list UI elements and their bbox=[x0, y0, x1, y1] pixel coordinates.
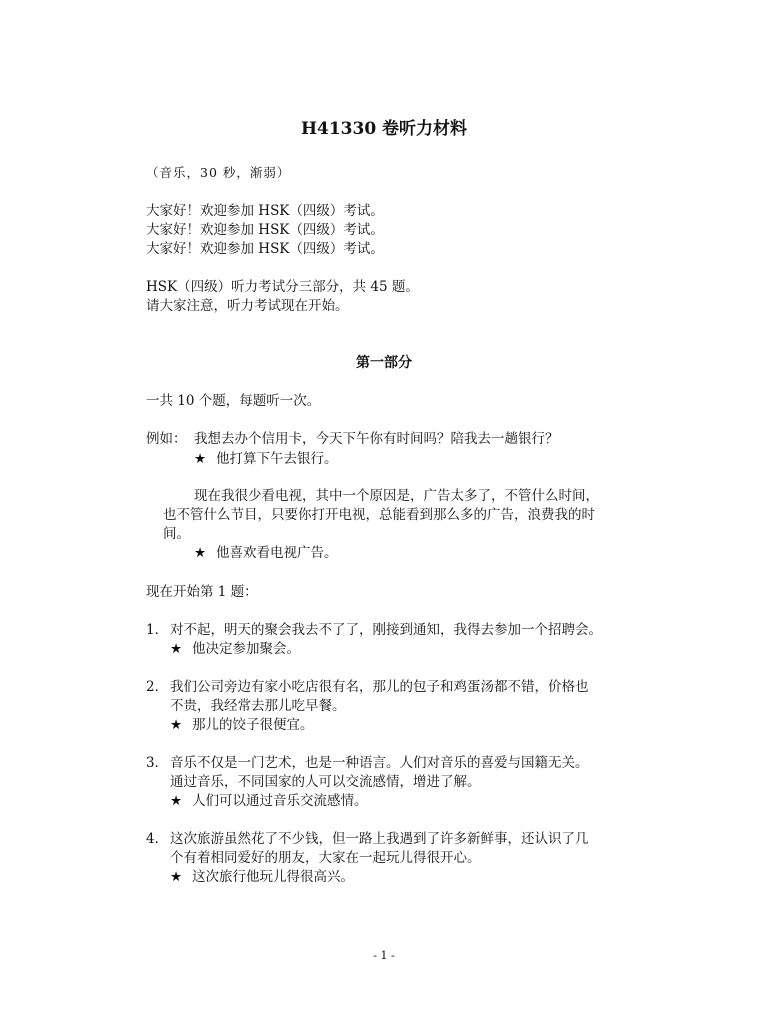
start-line: 现在开始第 1 题： bbox=[146, 582, 258, 602]
star-icon: ★ bbox=[194, 543, 216, 563]
document-title: H41330 卷听力材料 bbox=[0, 119, 768, 139]
question-answer: ★他决定参加聚会。 bbox=[170, 639, 300, 659]
greeting-line: 大家好！欢迎参加 HSK（四级）考试。 bbox=[146, 239, 384, 259]
section-instruction: 一共 10 个题，每题听一次。 bbox=[146, 391, 320, 411]
example2-answer: ★他喜欢看电视广告。 bbox=[194, 543, 338, 563]
intro-line: HSK（四级）听力考试分三部分，共 45 题。 bbox=[146, 277, 419, 297]
answer-text: 这次旅行他玩儿得很高兴。 bbox=[192, 869, 354, 885]
star-icon: ★ bbox=[194, 449, 216, 469]
example-answer: ★他打算下午去银行。 bbox=[194, 449, 338, 469]
question-text: 这次旅游虽然花了不少钱，但一路上我遇到了许多新鲜事，还认识了几 bbox=[170, 829, 589, 849]
answer-text: 人们可以通过音乐交流感情。 bbox=[192, 793, 368, 809]
greeting-line: 大家好！欢迎参加 HSK（四级）考试。 bbox=[146, 220, 384, 240]
example2-line: 现在我很少看电视，其中一个原因是，广告太多了，不管什么时间， bbox=[194, 486, 599, 506]
example2-line: 间。 bbox=[163, 524, 190, 544]
answer-text: 他打算下午去银行。 bbox=[216, 451, 338, 467]
question-answer: ★那儿的饺子很便宜。 bbox=[170, 715, 314, 735]
question-answer: ★人们可以通过音乐交流感情。 bbox=[170, 791, 368, 811]
question-number: 3． bbox=[146, 753, 168, 773]
star-icon: ★ bbox=[170, 639, 192, 659]
example2-line: 也不管什么节目，只要你打开电视，总能看到那么多的广告，浪费我的时 bbox=[163, 505, 595, 525]
example-label: 例如： bbox=[146, 429, 187, 449]
greeting-line: 大家好！欢迎参加 HSK（四级）考试。 bbox=[146, 201, 384, 221]
question-text: 个有着相同爱好的朋友，大家在一起玩儿得很开心。 bbox=[170, 848, 481, 868]
answer-text: 他决定参加聚会。 bbox=[192, 641, 300, 657]
question-number: 2． bbox=[146, 677, 168, 697]
question-text: 音乐不仅是一门艺术，也是一种语言。人们对音乐的喜爱与国籍无关。 bbox=[170, 753, 589, 773]
star-icon: ★ bbox=[170, 867, 192, 887]
question-text: 通过音乐，不同国家的人可以交流感情，增进了解。 bbox=[170, 772, 481, 792]
question-number: 4． bbox=[146, 829, 168, 849]
question-number: 1． bbox=[146, 620, 168, 640]
star-icon: ★ bbox=[170, 715, 192, 735]
page-number: - 1 - bbox=[0, 946, 768, 966]
answer-text: 那儿的饺子很便宜。 bbox=[192, 717, 314, 733]
music-note: （音乐，30 秒，渐弱） bbox=[146, 163, 290, 183]
question-text: 不贵，我经常去那儿吃早餐。 bbox=[170, 696, 346, 716]
star-icon: ★ bbox=[170, 791, 192, 811]
answer-text: 他喜欢看电视广告。 bbox=[216, 545, 338, 561]
section-title: 第一部分 bbox=[0, 353, 768, 373]
question-text: 对不起，明天的聚会我去不了了，刚接到通知，我得去参加一个招聘会。 bbox=[170, 620, 602, 640]
example-text: 我想去办个信用卡，今天下午你有时间吗？陪我去一趟银行？ bbox=[194, 429, 559, 449]
intro-line: 请大家注意，听力考试现在开始。 bbox=[146, 296, 349, 316]
document-page: H41330 卷听力材料 （音乐，30 秒，渐弱） 大家好！欢迎参加 HSK（四… bbox=[0, 0, 768, 1024]
question-answer: ★这次旅行他玩儿得很高兴。 bbox=[170, 867, 354, 887]
question-text: 我们公司旁边有家小吃店很有名，那儿的包子和鸡蛋汤都不错，价格也 bbox=[170, 677, 589, 697]
